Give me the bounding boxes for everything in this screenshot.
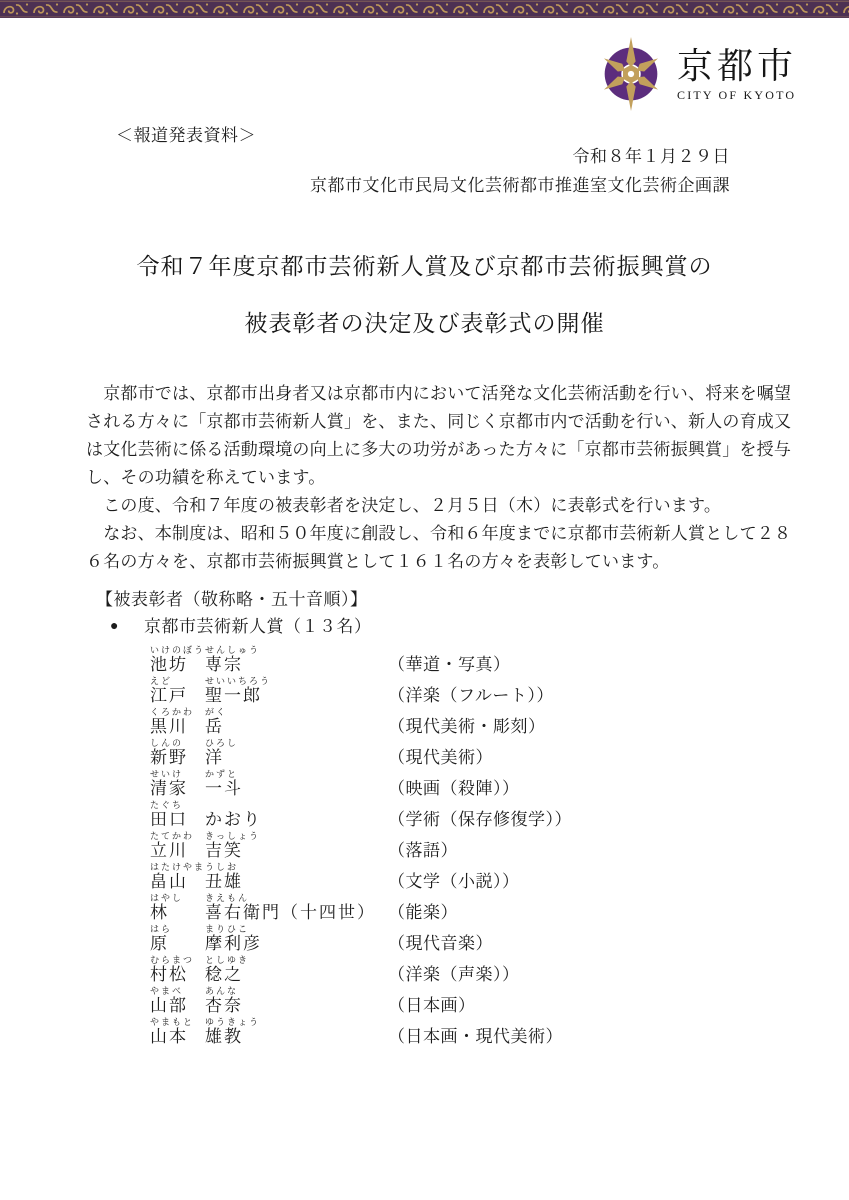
name-kanji: 聖一郎 <box>205 686 271 705</box>
recipient-name-part: せいけ清家 <box>150 769 205 798</box>
name-ruby: きえもん <box>205 893 281 903</box>
name-kanji: 杏奈 <box>205 996 243 1015</box>
name-ruby: はやし <box>150 893 205 903</box>
recipient-name-part: せいいちろう聖一郎 <box>205 676 271 705</box>
recipient-name: はやし林きえもん喜右衛門（十四世） <box>150 893 388 922</box>
recipient-field: （日本画） <box>388 996 730 1015</box>
recipient-name-part: やまべ山部 <box>150 986 205 1015</box>
recipient-name: はら原まりひこ摩利彦 <box>150 924 388 953</box>
header-meta: 令和８年１月２９日 京都市文化市民局文化芸術都市推進室文化芸術企画課 <box>310 143 730 200</box>
recipient-row: しんの新野ひろし洋（現代美術） <box>150 736 730 767</box>
title-line-2: 被表彰者の決定及び表彰式の開催 <box>0 310 849 336</box>
name-kanji: 雄教 <box>205 1027 260 1046</box>
name-kanji: 清家 <box>150 779 205 798</box>
recipient-field: （現代美術・彫刻） <box>388 717 730 736</box>
name-kanji: 専宗 <box>205 655 260 674</box>
recipient-name-part: きっしょう吉笑 <box>205 831 260 860</box>
name-kanji: 池坊 <box>150 655 205 674</box>
recipient-name-part: やまもと山本 <box>150 1017 205 1046</box>
kyoto-city-logo: 京都市 CITY OF KYOTO <box>592 34 797 114</box>
body-paragraph-3: なお、本制度は、昭和５０年度に創設し、令和６年度までに京都市芸術新人賞として２８… <box>86 520 800 576</box>
name-ruby: がく <box>205 707 227 717</box>
logo-text: 京都市 CITY OF KYOTO <box>677 45 797 103</box>
recipients-list: いけのぼう池坊せんしゅう専宗（華道・写真）えど江戸せいいちろう聖一郎（洋楽（フル… <box>150 643 730 1046</box>
recipient-name-part: はたけやま畠山 <box>150 862 205 891</box>
name-ruby: たぐち <box>150 800 205 810</box>
recipient-name-part: （十四世） <box>281 893 376 922</box>
name-ruby: えど <box>150 676 205 686</box>
recipient-name: やまべ山部あんな杏奈 <box>150 986 388 1015</box>
recipient-name-part: としゆき稔之 <box>205 955 249 984</box>
recipient-field: （華道・写真） <box>388 655 730 674</box>
name-kanji: 新野 <box>150 748 205 767</box>
name-ruby: しんの <box>150 738 205 748</box>
name-ruby: はら <box>150 924 205 934</box>
name-kanji: 山部 <box>150 996 205 1015</box>
recipient-row: えど江戸せいいちろう聖一郎（洋楽（フルート）） <box>150 674 730 705</box>
name-ruby: せいけ <box>150 769 205 779</box>
recipient-row: むらまつ村松としゆき稔之（洋楽（声楽）） <box>150 953 730 984</box>
recipient-name: はたけやま畠山うしお丑雄 <box>150 862 388 891</box>
recipients-section-header: 【被表彰者（敬称略・五十音順）】 <box>96 585 368 610</box>
name-ruby <box>281 893 376 903</box>
recipient-name: いけのぼう池坊せんしゅう専宗 <box>150 645 388 674</box>
name-kanji: 原 <box>150 934 205 953</box>
recipient-name: しんの新野ひろし洋 <box>150 738 388 767</box>
recipient-name-part: ゆうきょう雄教 <box>205 1017 260 1046</box>
name-ruby: かずと <box>205 769 243 779</box>
recipient-name-part: かおり <box>205 800 262 829</box>
recipient-name-part: がく岳 <box>205 707 227 736</box>
recipient-name: やまもと山本ゆうきょう雄教 <box>150 1017 388 1046</box>
logo-city-name: 京都市 <box>677 45 797 87</box>
document-page: 京都市 CITY OF KYOTO ＜報道発表資料＞ 令和８年１月２９日 京都市… <box>0 0 849 1200</box>
name-kanji: 立川 <box>150 841 205 860</box>
name-ruby: としゆき <box>205 955 249 965</box>
name-kanji: 江戸 <box>150 686 205 705</box>
recipient-field: （日本画・現代美術） <box>388 1027 730 1046</box>
name-ruby <box>205 800 262 810</box>
name-ruby: きっしょう <box>205 831 260 841</box>
kyoto-city-emblem-icon <box>592 34 670 114</box>
recipient-field: （現代美術） <box>388 748 730 767</box>
recipient-row: やまべ山部あんな杏奈（日本画） <box>150 984 730 1015</box>
name-kanji: 山本 <box>150 1027 205 1046</box>
recipient-row: はやし林きえもん喜右衛門（十四世）（能楽） <box>150 891 730 922</box>
decorative-border <box>0 0 849 18</box>
award-category-title: 京都市芸術新人賞（１３名） <box>144 612 372 637</box>
recipient-field: （洋楽（フルート）） <box>388 686 730 705</box>
recipient-name: むらまつ村松としゆき稔之 <box>150 955 388 984</box>
name-kanji: 喜右衛門 <box>205 903 281 922</box>
recipient-name-part: きえもん喜右衛門 <box>205 893 281 922</box>
recipient-name-part: ひろし洋 <box>205 738 238 767</box>
name-kanji: 黒川 <box>150 717 205 736</box>
recipient-row: はたけやま畠山うしお丑雄（文学（小説）） <box>150 860 730 891</box>
name-kanji: 一斗 <box>205 779 243 798</box>
recipient-field: （落語） <box>388 841 730 860</box>
recipient-field: （現代音楽） <box>388 934 730 953</box>
name-kanji: 畠山 <box>150 872 205 891</box>
name-kanji: 洋 <box>205 748 238 767</box>
recipient-row: いけのぼう池坊せんしゅう専宗（華道・写真） <box>150 643 730 674</box>
name-ruby: くろかわ <box>150 707 205 717</box>
document-date: 令和８年１月２９日 <box>310 143 730 172</box>
body-text: 京都市では、京都市出身者又は京都市内において活発な文化芸術活動を行い、将来を嘱望… <box>86 380 800 576</box>
name-kanji: 丑雄 <box>205 872 243 891</box>
name-kanji: （十四世） <box>281 903 376 922</box>
name-ruby: せんしゅう <box>205 645 260 655</box>
recipient-name-part: うしお丑雄 <box>205 862 243 891</box>
recipient-name-part: まりひこ摩利彦 <box>205 924 262 953</box>
name-kanji: 村松 <box>150 965 205 984</box>
name-ruby: うしお <box>205 862 243 872</box>
recipient-name-part: はら原 <box>150 924 205 953</box>
recipient-name-part: はやし林 <box>150 893 205 922</box>
name-kanji: 岳 <box>205 717 227 736</box>
name-ruby: たてかわ <box>150 831 205 841</box>
recipient-name: えど江戸せいいちろう聖一郎 <box>150 676 388 705</box>
recipient-name-part: むらまつ村松 <box>150 955 205 984</box>
recipient-name-part: たてかわ立川 <box>150 831 205 860</box>
name-kanji: 吉笑 <box>205 841 260 860</box>
press-release-label: ＜報道発表資料＞ <box>116 121 256 146</box>
recipient-field: （学術（保存修復学）） <box>388 810 730 829</box>
name-kanji: 田口 <box>150 810 205 829</box>
recipient-row: やまもと山本ゆうきょう雄教（日本画・現代美術） <box>150 1015 730 1046</box>
name-kanji: かおり <box>205 810 262 829</box>
name-ruby: あんな <box>205 986 243 996</box>
recipient-name-part: しんの新野 <box>150 738 205 767</box>
recipient-row: たぐち田口かおり（学術（保存修復学）） <box>150 798 730 829</box>
title-line-1: 令和７年度京都市芸術新人賞及び京都市芸術振興賞の <box>0 253 849 279</box>
recipient-name-part: かずと一斗 <box>205 769 243 798</box>
body-paragraph-2: この度、令和７年度の被表彰者を決定し、２月５日（木）に表彰式を行います。 <box>86 492 800 520</box>
recipient-name-part: あんな杏奈 <box>205 986 243 1015</box>
recipient-field: （洋楽（声楽）） <box>388 965 730 984</box>
name-ruby: いけのぼう <box>150 645 205 655</box>
recipient-name-part: いけのぼう池坊 <box>150 645 205 674</box>
logo-city-name-en: CITY OF KYOTO <box>677 88 797 103</box>
recipient-row: せいけ清家かずと一斗（映画（殺陣）） <box>150 767 730 798</box>
name-kanji: 摩利彦 <box>205 934 262 953</box>
document-title: 令和７年度京都市芸術新人賞及び京都市芸術振興賞の 被表彰者の決定及び表彰式の開催 <box>0 253 849 336</box>
name-ruby: はたけやま <box>150 862 205 872</box>
body-paragraph-1: 京都市では、京都市出身者又は京都市内において活発な文化芸術活動を行い、将来を嘱望… <box>86 380 800 492</box>
recipient-name-part: くろかわ黒川 <box>150 707 205 736</box>
recipient-name: くろかわ黒川がく岳 <box>150 707 388 736</box>
name-ruby: まりひこ <box>205 924 262 934</box>
name-ruby: せいいちろう <box>205 676 271 686</box>
recipient-row: くろかわ黒川がく岳（現代美術・彫刻） <box>150 705 730 736</box>
recipient-name: せいけ清家かずと一斗 <box>150 769 388 798</box>
recipient-name-part: せんしゅう専宗 <box>205 645 260 674</box>
name-ruby: やまもと <box>150 1017 205 1027</box>
recipient-name-part: えど江戸 <box>150 676 205 705</box>
recipient-field: （映画（殺陣）） <box>388 779 730 798</box>
recipient-row: はら原まりひこ摩利彦（現代音楽） <box>150 922 730 953</box>
bullet-icon: ● <box>110 614 119 636</box>
award-category-line: ● 京都市芸術新人賞（１３名） <box>110 612 371 637</box>
name-ruby: ひろし <box>205 738 238 748</box>
recipient-name: たてかわ立川きっしょう吉笑 <box>150 831 388 860</box>
recipient-row: たてかわ立川きっしょう吉笑（落語） <box>150 829 730 860</box>
recipient-name-part: たぐち田口 <box>150 800 205 829</box>
issuing-department: 京都市文化市民局文化芸術都市推進室文化芸術企画課 <box>310 172 730 201</box>
name-ruby: むらまつ <box>150 955 205 965</box>
name-kanji: 稔之 <box>205 965 249 984</box>
recipient-field: （文学（小説）） <box>388 872 730 891</box>
name-ruby: ゆうきょう <box>205 1017 260 1027</box>
name-ruby: やまべ <box>150 986 205 996</box>
recipient-name: たぐち田口かおり <box>150 800 388 829</box>
recipient-field: （能楽） <box>388 903 730 922</box>
name-kanji: 林 <box>150 903 205 922</box>
